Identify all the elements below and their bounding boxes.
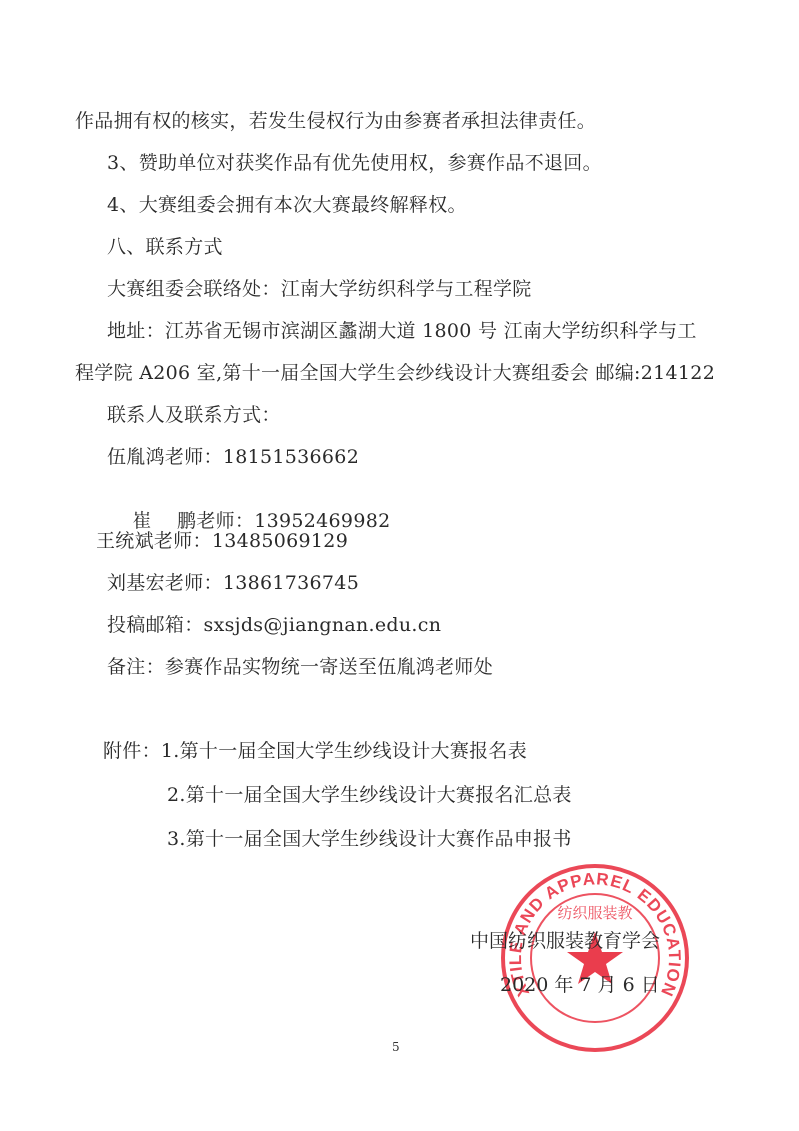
section-heading-contact: 八、联系方式 xyxy=(107,236,223,258)
contact-name: 王统斌老师： xyxy=(96,530,212,552)
attachment-item: 3.第十一届全国大学生纱线设计大赛作品申报书 xyxy=(167,828,572,850)
signing-organization: 中国纺织服装教育学会 xyxy=(470,930,660,952)
page-number: 5 xyxy=(392,1040,400,1054)
contact-phone: 18151536662 xyxy=(223,446,359,468)
contact-name: 伍胤鸿老师： xyxy=(107,446,223,468)
signing-date: 2020 年 7 月 6 日 xyxy=(500,974,660,996)
attachments-label: 附件： xyxy=(103,740,161,762)
email-row: 投稿邮箱：sxsjds@jiangnan.edu.cn xyxy=(107,614,441,636)
attachment-row: 附件：1.第十一届全国大学生纱线设计大赛报名表 xyxy=(103,740,527,762)
contact-row: 王统斌老师：13485069129 xyxy=(96,530,348,552)
attachment-item: 2.第十一届全国大学生纱线设计大赛报名汇总表 xyxy=(167,784,572,806)
note: 备注：参赛作品实物统一寄送至伍胤鸿老师处 xyxy=(107,656,493,678)
liaison-office: 大赛组委会联络处：江南大学纺织科学与工程学院 xyxy=(107,278,532,300)
paragraph-continuation: 作品拥有权的核实，若发生侵权行为由参赛者承担法律责任。 xyxy=(75,110,596,132)
attachment-item: 1.第十一届全国大学生纱线设计大赛报名表 xyxy=(161,740,527,762)
svg-text:纺织服装教: 纺织服装教 xyxy=(557,904,632,922)
address-line-1: 地址：江苏省无锡市滨湖区蠡湖大道 1800 号 江南大学纺织科学与工 xyxy=(107,320,697,342)
email-address[interactable]: sxsjds@jiangnan.edu.cn xyxy=(204,614,442,636)
official-seal-icon: CHINA TEXTILE AND APPAREL EDUCATION SOCI… xyxy=(499,862,691,1054)
contact-name: 崔 鹏老师： xyxy=(132,510,254,532)
contact-phone: 13485069129 xyxy=(212,530,348,552)
contact-row: 刘基宏老师：13861736745 xyxy=(107,572,359,594)
paragraph-item-4: 4、大赛组委会拥有本次大赛最终解释权。 xyxy=(107,194,467,216)
address-line-2: 程学院 A206 室,第十一届全国大学生会纱线设计大赛组委会 邮编:214122 xyxy=(75,362,715,384)
contact-row: 伍胤鸿老师：18151536662 xyxy=(107,446,359,468)
contact-name: 刘基宏老师： xyxy=(107,572,223,594)
contact-phone: 13952469982 xyxy=(254,510,390,532)
contact-phone: 13861736745 xyxy=(223,572,359,594)
email-label: 投稿邮箱： xyxy=(107,614,204,636)
contacts-heading: 联系人及联系方式： xyxy=(107,404,281,426)
paragraph-item-3: 3、赞助单位对获奖作品有优先使用权，参赛作品不退回。 xyxy=(107,152,602,174)
